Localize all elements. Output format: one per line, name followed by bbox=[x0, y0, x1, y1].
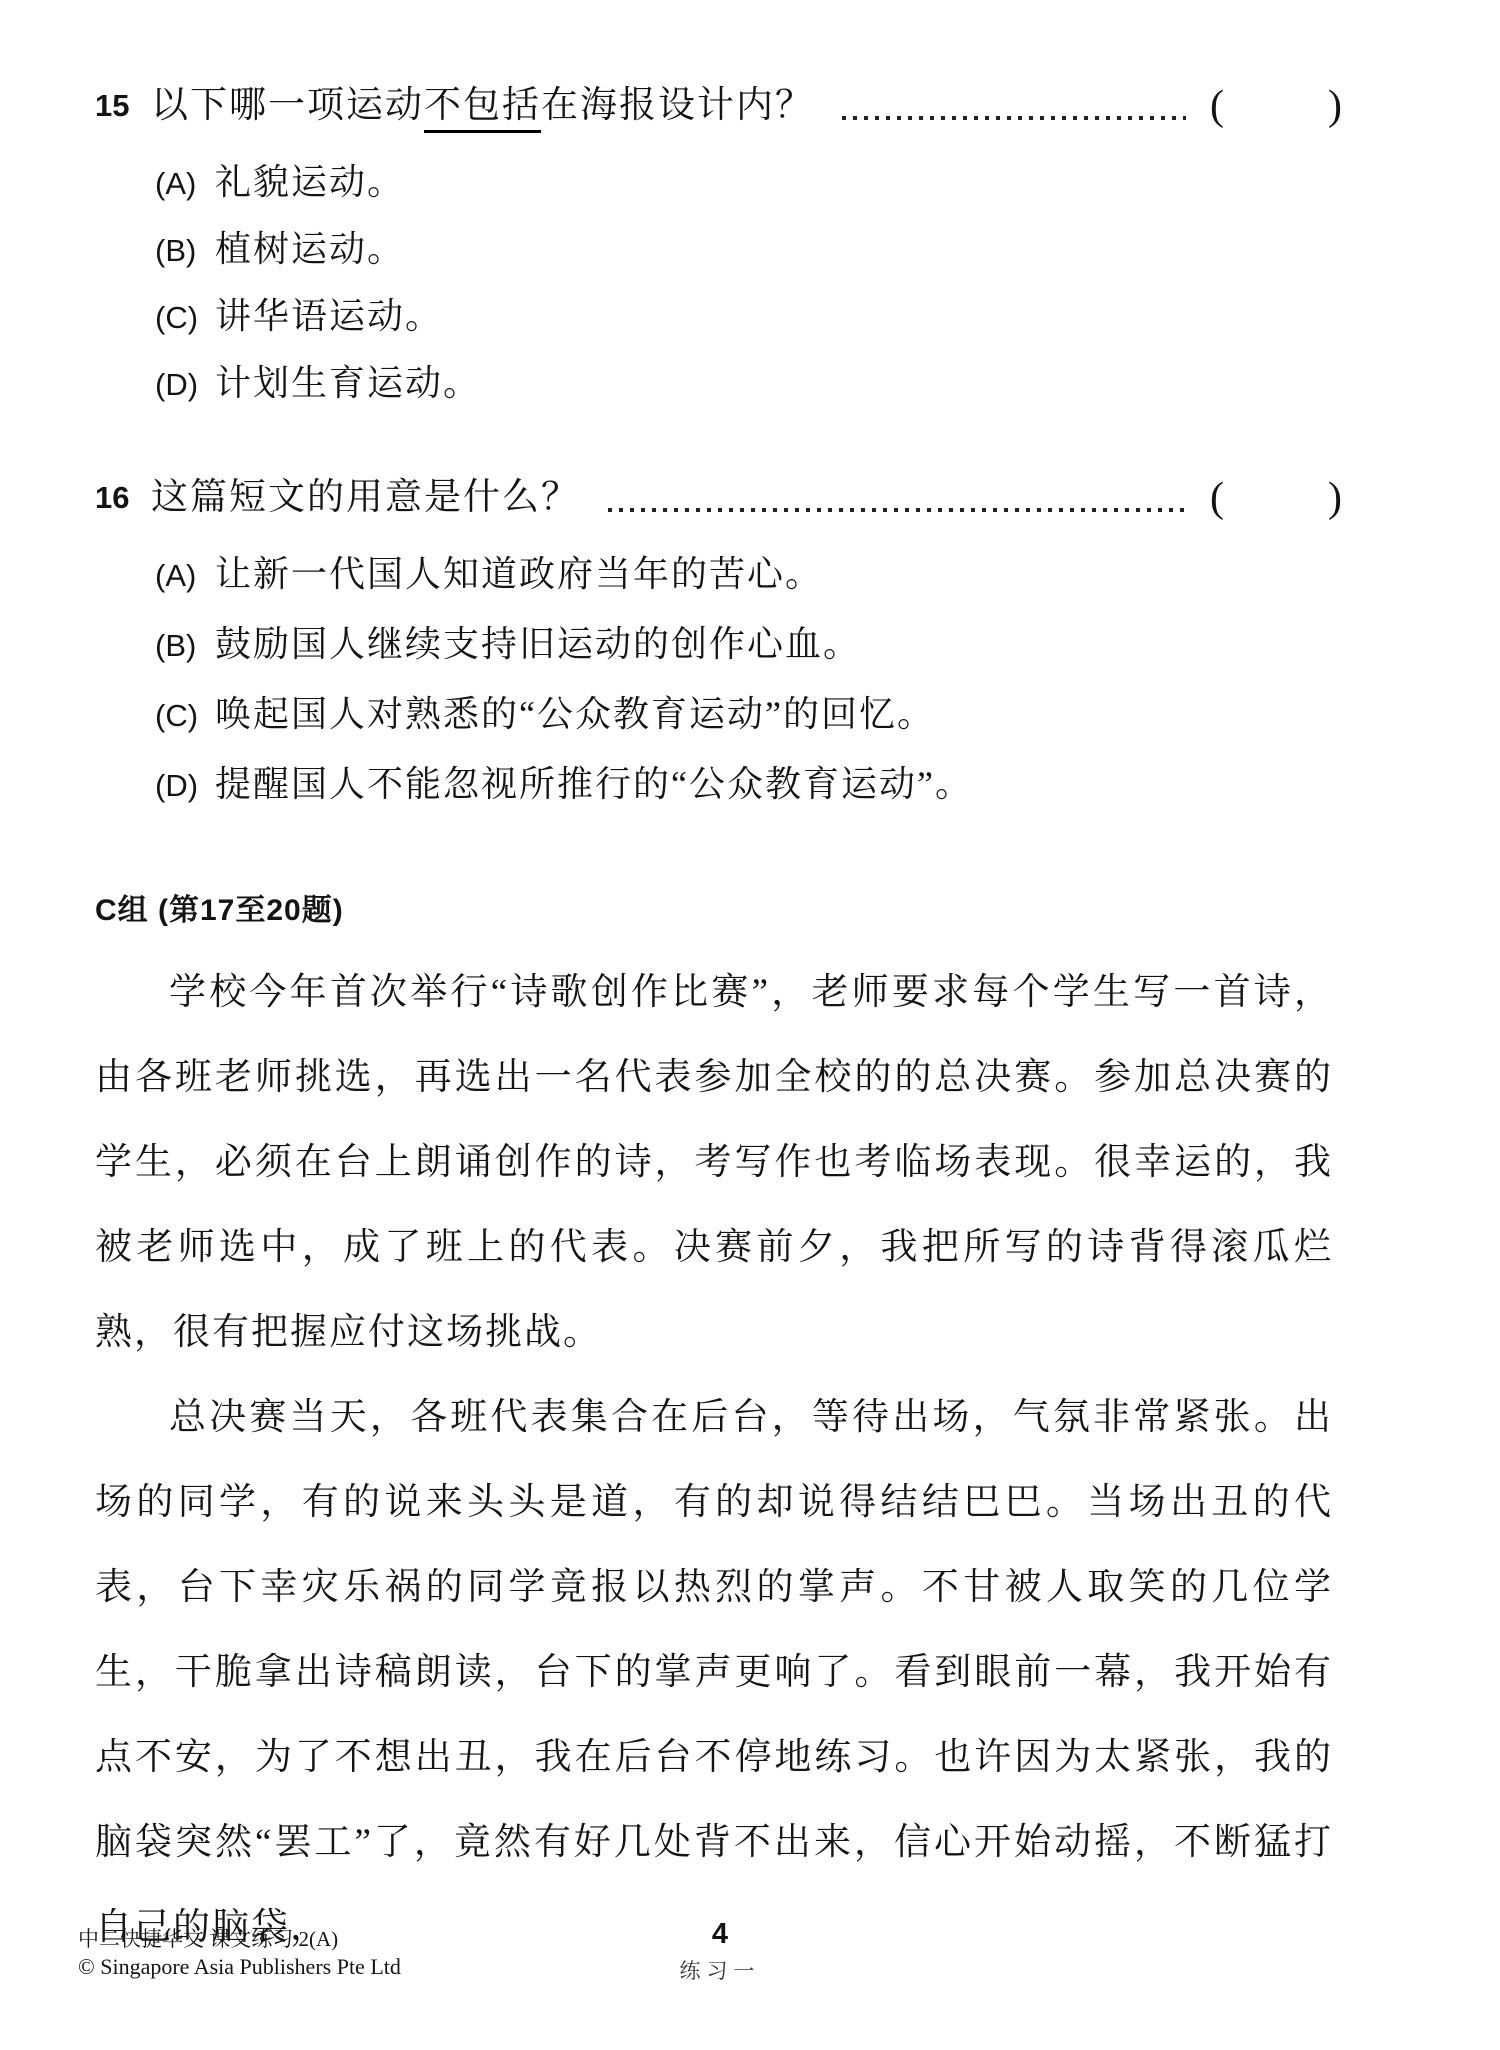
section-c-heading: C组 (第17至20题) bbox=[95, 885, 344, 929]
question-15: 15 以下哪一项运动不包括在海报设计内？ ( ) (A) 礼貌运动。 (B) 植… bbox=[95, 80, 1342, 430]
option-label: (C) bbox=[155, 696, 215, 736]
question-16-header: 16 这篇短文的用意是什么？ ( ) bbox=[95, 472, 1342, 524]
question-text-before: 这篇短文的用意是什么？ bbox=[151, 477, 580, 518]
question-16-options: (A) 让新一代国人知道政府当年的苦心。 (B) 鼓励国人继续支持旧运动的创作心… bbox=[95, 554, 1342, 806]
option-row: (D) 计划生育运动。 bbox=[155, 363, 1342, 405]
option-row: (C) 唤起国人对熟悉的“公众教育运动”的回忆。 bbox=[155, 694, 1342, 736]
question-15-header: 15 以下哪一项运动不包括在海报设计内？ ( ) bbox=[95, 80, 1342, 132]
answer-parentheses: ( ) bbox=[1210, 80, 1342, 132]
option-label: (B) bbox=[155, 626, 215, 666]
option-label: (C) bbox=[155, 298, 215, 338]
open-paren: ( bbox=[1210, 472, 1224, 524]
open-paren: ( bbox=[1210, 80, 1224, 132]
question-number: 15 bbox=[95, 80, 151, 132]
option-row: (B) 鼓励国人继续支持旧运动的创作心血。 bbox=[155, 624, 1342, 666]
option-text: 鼓励国人继续支持旧运动的创作心血。 bbox=[215, 624, 861, 664]
option-text: 让新一代国人知道政府当年的苦心。 bbox=[215, 554, 823, 594]
footer-page-block: 4 练习一 bbox=[635, 1918, 805, 1985]
page-number: 4 bbox=[635, 1918, 805, 1951]
question-number: 16 bbox=[95, 472, 151, 524]
option-row: (A) 让新一代国人知道政府当年的苦心。 bbox=[155, 554, 1342, 596]
dotted-leader bbox=[842, 116, 1186, 120]
passage-paragraph-1: 学校今年首次举行“诗歌创作比赛”，老师要求每个学生写一首诗，由各班老师挑选，再选… bbox=[95, 950, 1333, 1375]
footer-copyright: © Singapore Asia Publishers Pte Ltd bbox=[78, 1953, 401, 1981]
option-label: (A) bbox=[155, 556, 215, 596]
option-text: 植树运动。 bbox=[215, 229, 405, 269]
question-text: 这篇短文的用意是什么？ bbox=[151, 472, 580, 524]
dotted-leader bbox=[608, 508, 1186, 512]
option-row: (D) 提醒国人不能忽视所推行的“公众教育运动”。 bbox=[155, 764, 1342, 806]
question-text-after: 在海报设计内？ bbox=[541, 85, 814, 126]
footer-publisher-block: 中二快捷华文 课文练习 2(A) © Singapore Asia Publis… bbox=[78, 1925, 401, 1981]
close-paren: ) bbox=[1328, 472, 1342, 524]
answer-parentheses: ( ) bbox=[1210, 472, 1342, 524]
question-text: 以下哪一项运动不包括在海报设计内？ bbox=[151, 80, 814, 132]
option-row: (C) 讲华语运动。 bbox=[155, 296, 1342, 338]
option-text: 提醒国人不能忽视所推行的“公众教育运动”。 bbox=[215, 764, 973, 804]
close-paren: ) bbox=[1328, 80, 1342, 132]
option-label: (B) bbox=[155, 231, 215, 271]
option-text: 讲华语运动。 bbox=[215, 296, 443, 336]
question-16: 16 这篇短文的用意是什么？ ( ) (A) 让新一代国人知道政府当年的苦心。 … bbox=[95, 472, 1342, 834]
option-text: 计划生育运动。 bbox=[215, 363, 481, 403]
reading-passage: 学校今年首次举行“诗歌创作比赛”，老师要求每个学生写一首诗，由各班老师挑选，再选… bbox=[95, 950, 1333, 1970]
option-text: 唤起国人对熟悉的“公众教育运动”的回忆。 bbox=[215, 694, 935, 734]
question-15-options: (A) 礼貌运动。 (B) 植树运动。 (C) 讲华语运动。 (D) 计划生育运… bbox=[95, 162, 1342, 405]
option-label: (D) bbox=[155, 365, 215, 405]
question-text-before: 以下哪一项运动 bbox=[151, 85, 424, 126]
underlined-text: 不包括 bbox=[424, 85, 541, 133]
exercise-label: 练习一 bbox=[635, 1955, 805, 1985]
option-label: (A) bbox=[155, 164, 215, 204]
option-label: (D) bbox=[155, 766, 215, 806]
option-row: (A) 礼貌运动。 bbox=[155, 162, 1342, 204]
option-text: 礼貌运动。 bbox=[215, 162, 405, 202]
option-row: (B) 植树运动。 bbox=[155, 229, 1342, 271]
footer-book-title: 中二快捷华文 课文练习 2(A) bbox=[78, 1925, 401, 1953]
passage-paragraph-2: 总决赛当天，各班代表集合在后台，等待出场，气氛非常紧张。出场的同学，有的说来头头… bbox=[95, 1375, 1333, 1970]
